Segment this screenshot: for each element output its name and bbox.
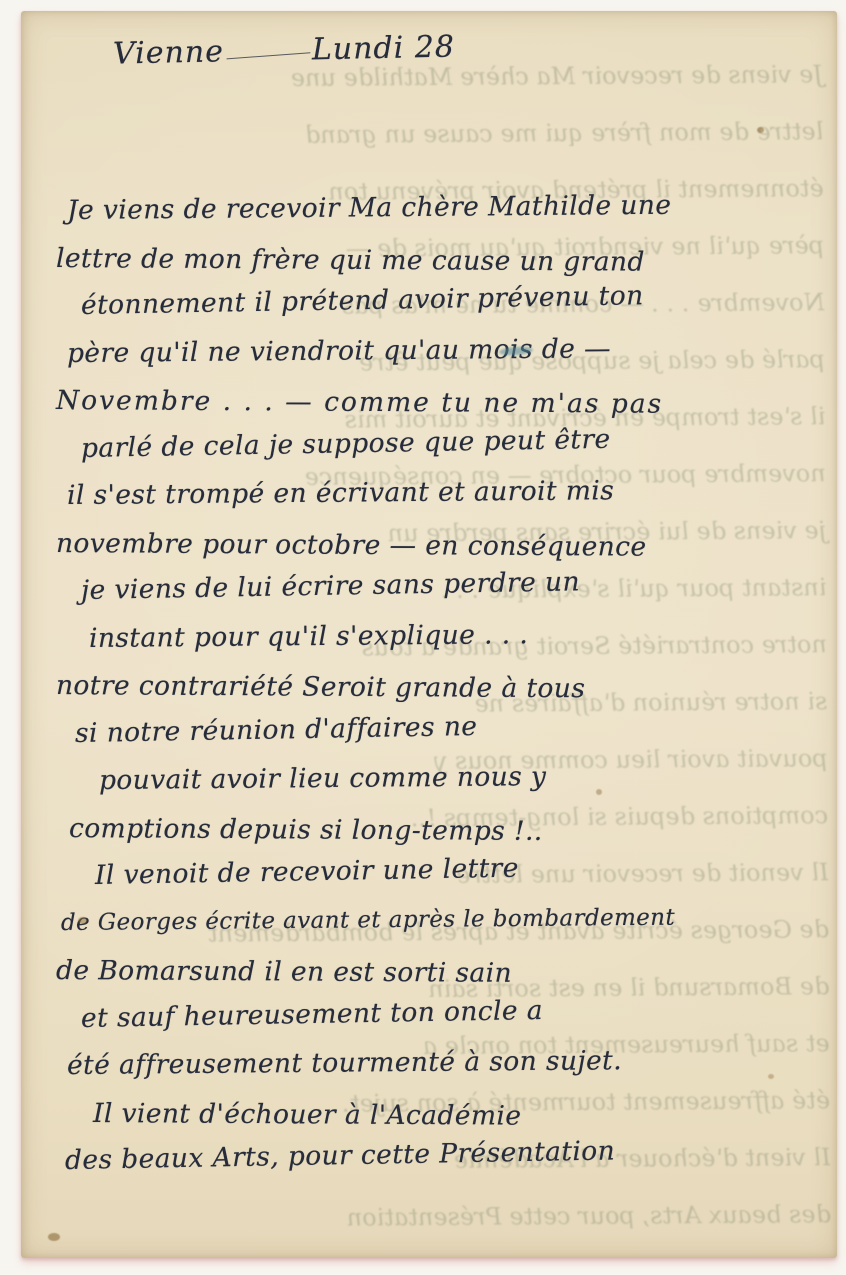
manuscript-line: pouvait avoir lieu comme nous y bbox=[99, 751, 829, 805]
manuscript-line: instant pour qu'il s'explique . . . bbox=[89, 608, 829, 662]
dateline-day: Lundi 28 bbox=[312, 29, 456, 67]
foxing-spot bbox=[596, 789, 602, 795]
manuscript-line: été affreusement tourmenté à son sujet. bbox=[67, 1035, 829, 1089]
dateline-place: Vienne bbox=[113, 34, 225, 71]
manuscript-line: Je viens de recevoir Ma chère Mathilde u… bbox=[67, 180, 829, 234]
foxing-spot bbox=[768, 1074, 774, 1079]
foxing-spot bbox=[48, 1233, 60, 1241]
foxing-spot bbox=[78, 917, 87, 924]
manuscript-line: de Georges écrite avant et après le bomb… bbox=[61, 893, 829, 947]
dateline: VienneLundi 28 bbox=[113, 29, 456, 71]
manuscript-line: père qu'il ne viendroit qu'au mois de — bbox=[67, 323, 829, 377]
letter-scan: Je viens de recevoir Ma chère Mathilde u… bbox=[0, 0, 846, 1275]
pen-flourish-stroke bbox=[225, 38, 310, 59]
letter-body: Je viens de recevoir Ma chère Mathilde u… bbox=[55, 187, 829, 1185]
letter-paper: Je viens de recevoir Ma chère Mathilde u… bbox=[21, 11, 837, 1258]
foxing-spot bbox=[757, 127, 764, 133]
manuscript-line: il s'est trompé en écrivant et auroit mi… bbox=[67, 465, 829, 519]
letter-ink-layer: VienneLundi 28 Je viens de recevoir Ma c… bbox=[21, 11, 837, 1258]
